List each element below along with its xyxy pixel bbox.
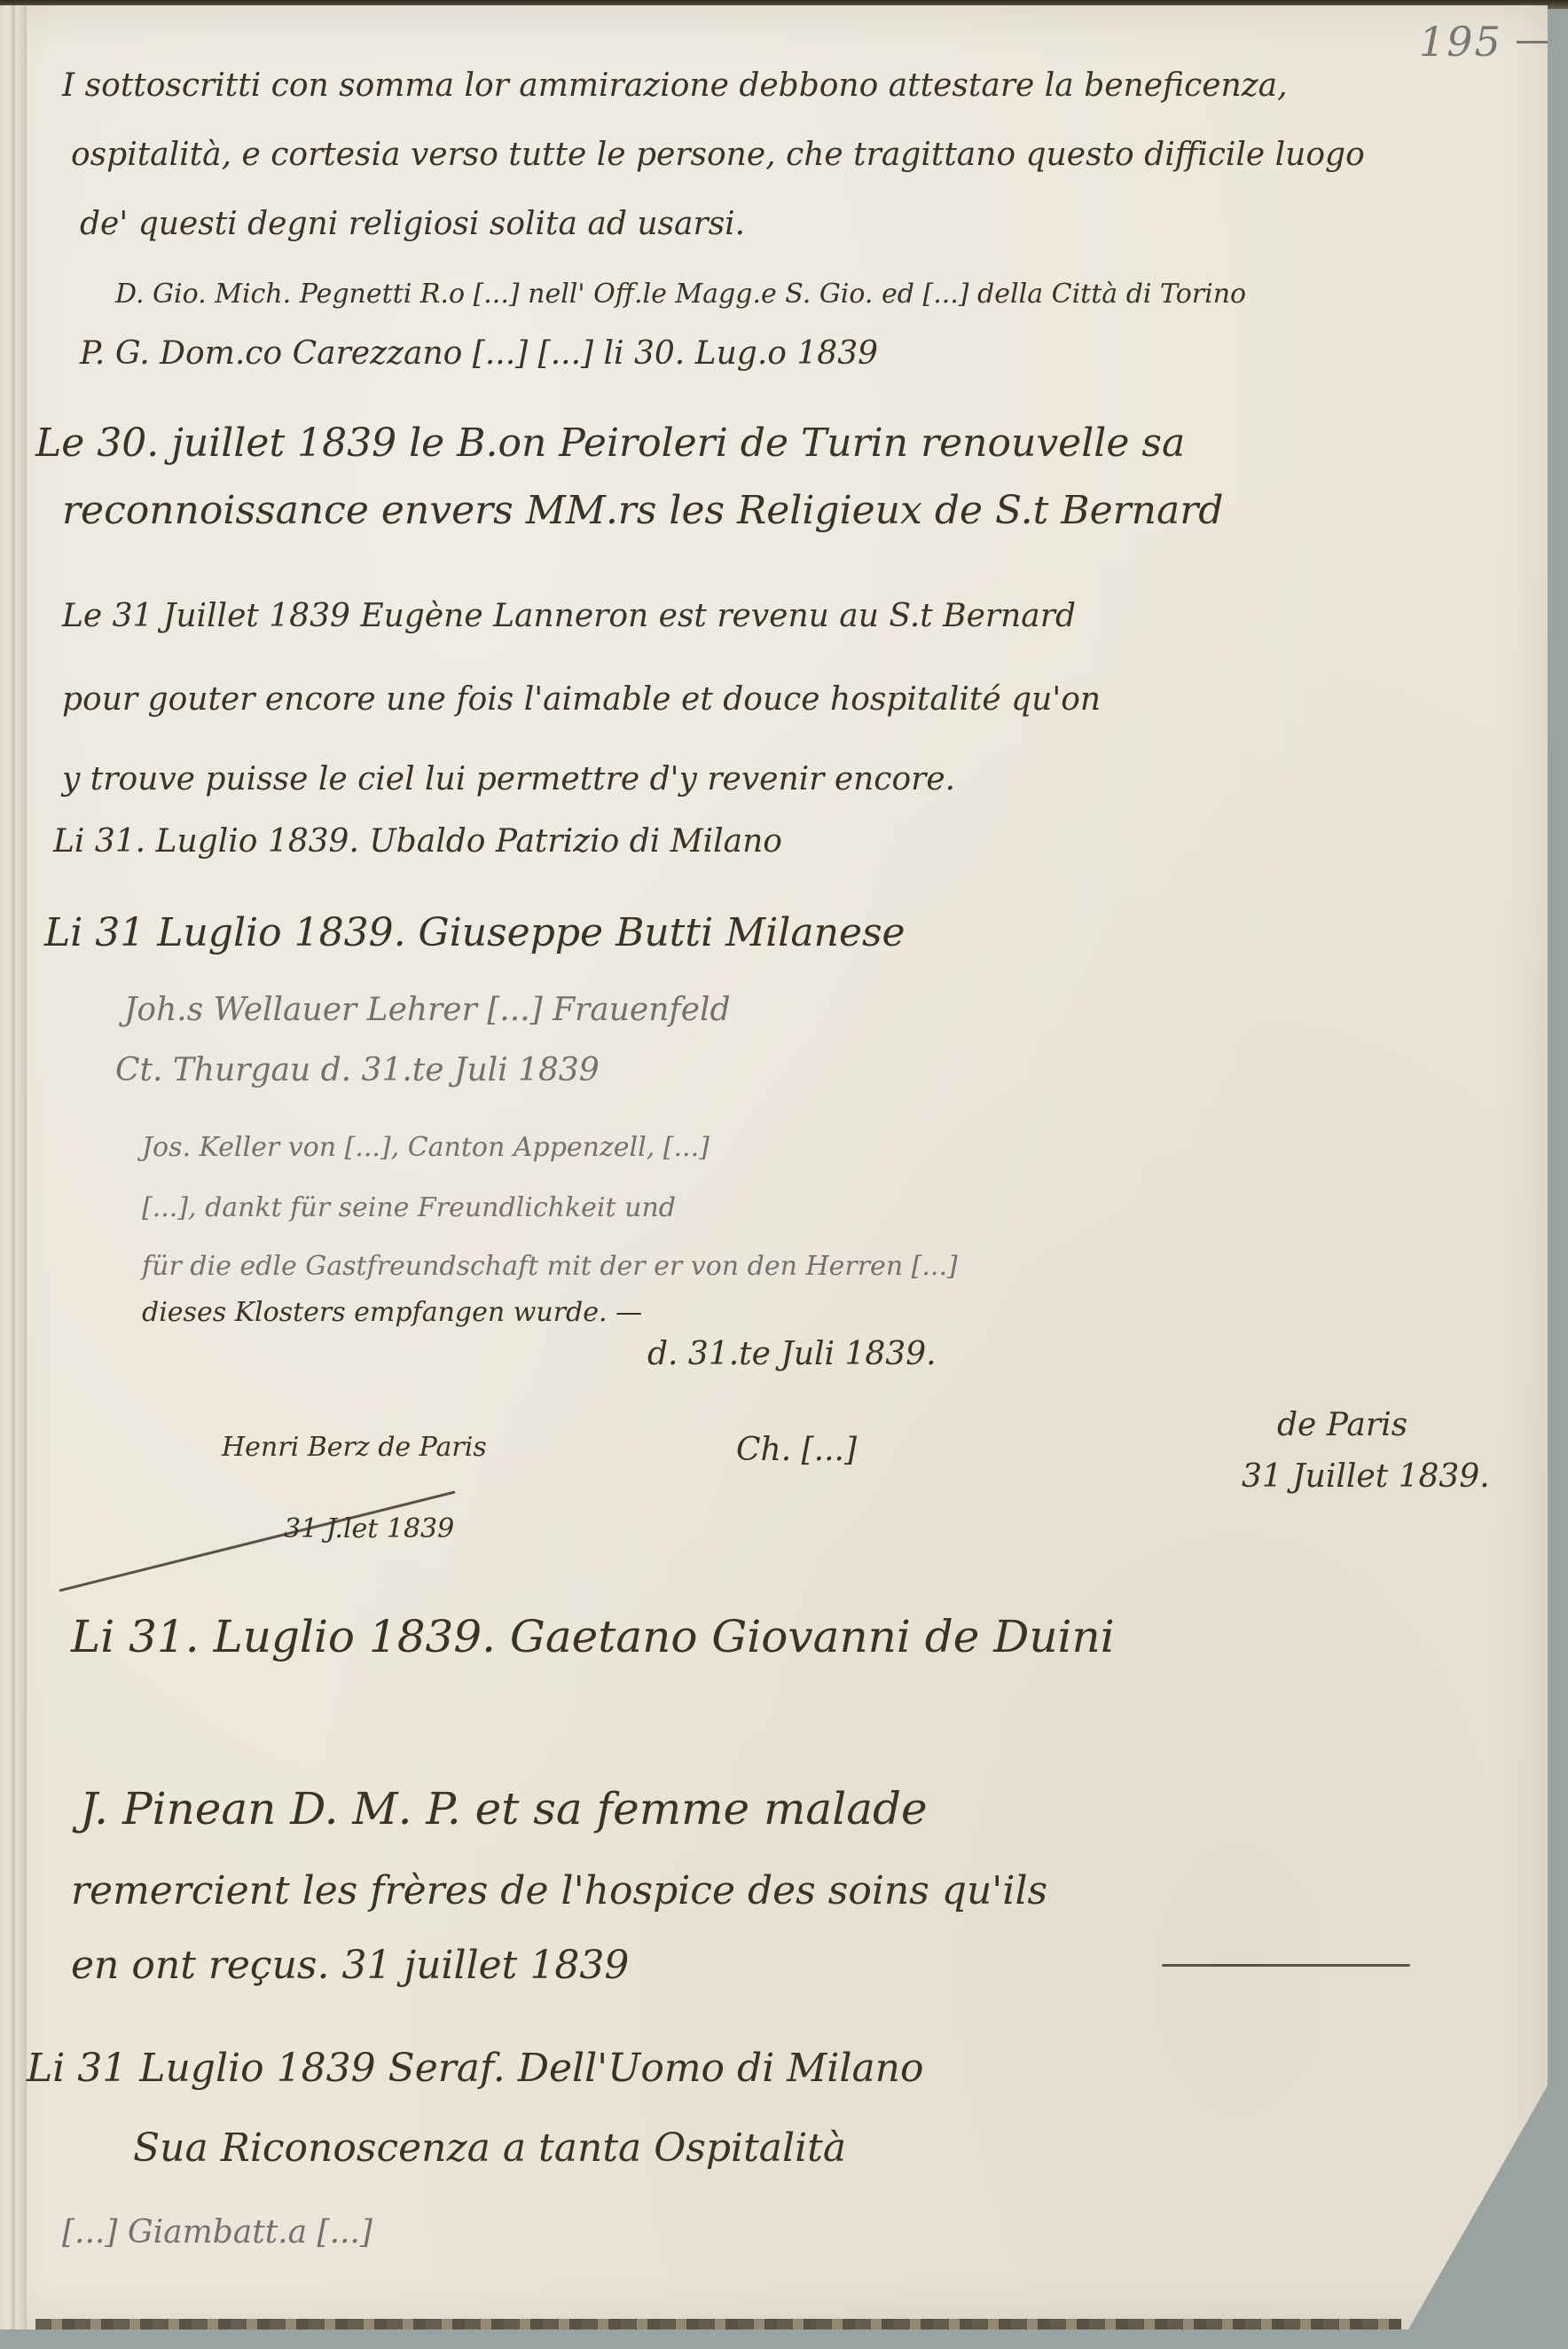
entry-11-flourish: [1162, 1964, 1410, 1967]
entry-13-line-1: [...] Giambatt.a [...]: [62, 2214, 372, 2251]
entry-9-place: de Paris: [1277, 1407, 1407, 1443]
entry-1-line-3: de' questi degni religiosi solita ad usa…: [80, 206, 745, 242]
entry-8-date: 31 J.let 1839: [284, 1513, 454, 1544]
manuscript-page: 195 I sottoscritti con somma lor ammiraz…: [0, 5, 1548, 2329]
entry-7-line-1: Jos. Keller von [...], Canton Appenzell,…: [142, 1132, 710, 1163]
entry-1-line-5: P. G. Dom.co Carezzano [...] [...] li 30…: [80, 335, 878, 372]
entry-5-line-1: Li 31 Luglio 1839. Giuseppe Butti Milane…: [44, 910, 906, 955]
entry-4-line-1: Li 31. Luglio 1839. Ubaldo Patrizio di M…: [53, 823, 782, 860]
entry-9-signature: Ch. [...]: [736, 1432, 857, 1468]
entry-3-line-1: Le 31 Juillet 1839 Eugène Lanneron est r…: [62, 598, 1076, 634]
page-bottom-edge: [35, 2319, 1401, 2331]
entry-10-line-1: Li 31. Luglio 1839. Gaetano Giovanni de …: [71, 1611, 1115, 1662]
entry-7-line-4: dieses Klosters empfangen wurde. —: [142, 1297, 642, 1328]
entry-1-line-1: I sottoscritti con somma lor ammirazione…: [62, 67, 1288, 104]
entry-2-line-2: reconnoissance envers MM.rs les Religieu…: [62, 488, 1223, 533]
entry-1-line-4: D. Gio. Mich. Pegnetti R.o [...] nell' O…: [115, 279, 1246, 310]
entry-7-line-2: [...], dankt für seine Freundlichkeit un…: [142, 1192, 676, 1223]
entry-1-line-2: ospitalità, e cortesia verso tutte le pe…: [71, 137, 1365, 173]
entry-9-date: 31 Juillet 1839.: [1242, 1458, 1490, 1495]
entry-11-line-1: J. Pinean D. M. P. et sa femme malade: [80, 1783, 928, 1834]
entry-12-line-1: Li 31 Luglio 1839 Seraf. Dell'Uomo di Mi…: [27, 2046, 924, 2091]
entry-2-line-1: Le 30. juillet 1839 le B.on Peiroleri de…: [35, 420, 1185, 466]
page-number: 195: [1419, 18, 1502, 66]
entry-3-line-3: y trouve puisse le ciel lui permettre d'…: [62, 761, 955, 797]
entry-12-line-2: Sua Riconoscenza a tanta Ospitalità: [133, 2125, 846, 2171]
entry-6-line-2: Ct. Thurgau d. 31.te Juli 1839: [115, 1052, 600, 1088]
entry-8-name: Henri Berz de Paris: [222, 1432, 487, 1463]
entry-3-line-2: pour gouter encore une fois l'aimable et…: [62, 681, 1101, 718]
entry-7-date: d. 31.te Juli 1839.: [647, 1336, 937, 1372]
entry-6-line-1: Joh.s Wellauer Lehrer [...] Frauenfeld: [124, 992, 731, 1028]
entry-11-line-3: en ont reçus. 31 juillet 1839: [71, 1943, 629, 1988]
book-binding-edge: [0, 5, 27, 2329]
entry-7-line-3: für die edle Gastfreundschaft mit der er…: [142, 1251, 958, 1282]
entry-11-line-2: remercient les frères de l'hospice des s…: [71, 1868, 1047, 1913]
